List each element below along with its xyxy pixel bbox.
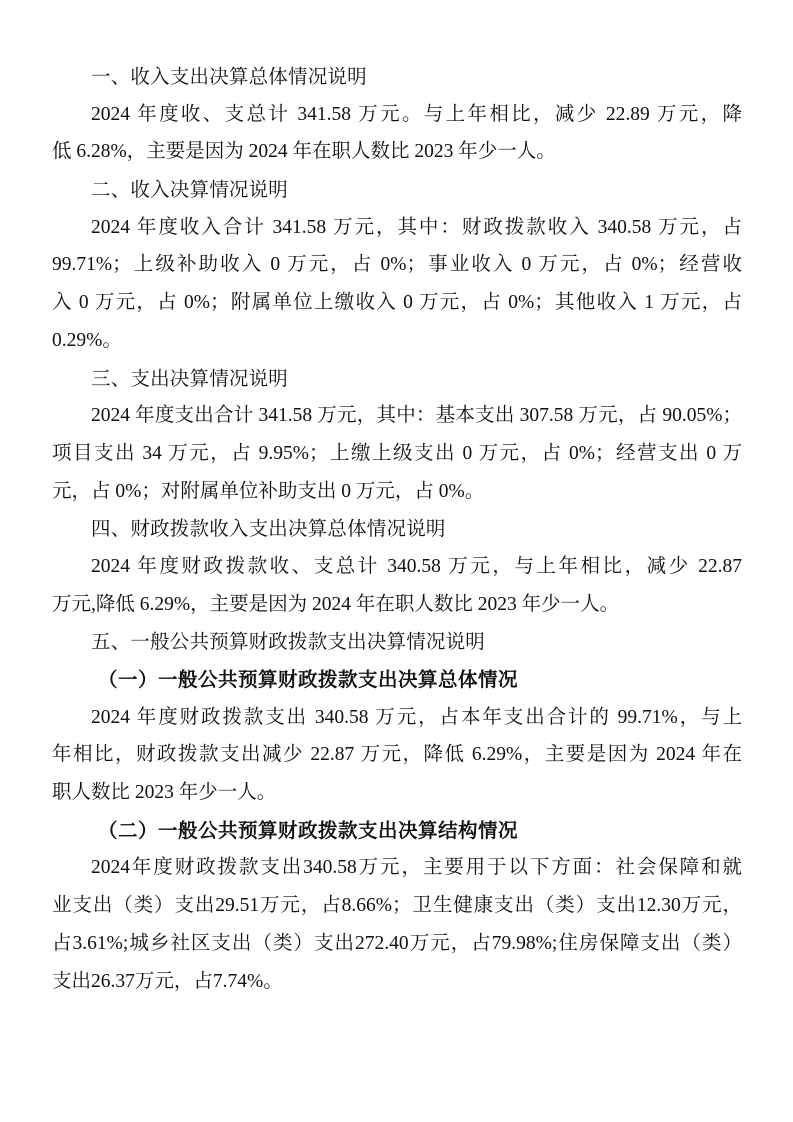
section-heading-4: 四、财政拨款收入支出决算总体情况说明 [52,510,742,548]
paragraph-line: 低 6.28%，主要是因为 2024 年在职人数比 2023 年少一人。 [52,133,742,171]
paragraph-line: 0.29%。 [52,322,742,360]
subsection-5-2-paragraph: 2024年度财政拨款支出340.58万元，主要用于以下方面：社会保障和就 业支出… [52,849,742,1000]
section-heading-2: 二、收入决算情况说明 [52,171,742,209]
paragraph-line: 99.71%；上级补助收入 0 万元，占 0%；事业收入 0 万元，占 0%；经… [52,246,742,284]
paragraph-line: 业支出（类）支出29.51万元，占8.66%；卫生健康支出（类）支出12.30万… [52,887,742,925]
section-heading-5: 五、一般公共预算财政拨款支出决算情况说明 [52,623,742,661]
paragraph-line: 元，占 0%；对附属单位补助支出 0 万元，占 0%。 [52,473,742,511]
document-page: 一、收入支出决算总体情况说明 2024 年度收、支总计 341.58 万元。与上… [52,58,742,1000]
paragraph-line: 2024 年度收入合计 341.58 万元，其中：财政拨款收入 340.58 万… [52,209,742,247]
section-4-paragraph: 2024 年度财政拨款收、支总计 340.58 万元，与上年相比，减少 22.8… [52,548,742,623]
subsection-5-1-paragraph: 2024 年度财政拨款支出 340.58 万元，占本年支出合计的 99.71%，… [52,699,742,812]
section-2-paragraph: 2024 年度收入合计 341.58 万元，其中：财政拨款收入 340.58 万… [52,209,742,360]
paragraph-line: 2024 年度财政拨款支出 340.58 万元，占本年支出合计的 99.71%，… [52,699,742,737]
section-heading-1: 一、收入支出决算总体情况说明 [52,58,742,96]
section-heading-3: 三、支出决算情况说明 [52,360,742,398]
paragraph-line: 支出26.37万元，占7.74%。 [52,963,742,1001]
paragraph-line: 2024 年度财政拨款收、支总计 340.58 万元，与上年相比，减少 22.8… [52,548,742,586]
subsection-heading-5-1: （一）一般公共预算财政拨款支出决算总体情况 [52,661,742,699]
paragraph-line: 项目支出 34 万元，占 9.95%；上缴上级支出 0 万元，占 0%；经营支出… [52,435,742,473]
paragraph-line: 2024 年度支出合计 341.58 万元，其中：基本支出 307.58 万元，… [52,397,742,435]
paragraph-line: 占3.61%;城乡社区支出（类）支出272.40万元，占79.98%;住房保障支… [52,925,742,963]
paragraph-line: 2024年度财政拨款支出340.58万元，主要用于以下方面：社会保障和就 [52,849,742,887]
section-3-paragraph: 2024 年度支出合计 341.58 万元，其中：基本支出 307.58 万元，… [52,397,742,510]
paragraph-line: 2024 年度收、支总计 341.58 万元。与上年相比，减少 22.89 万元… [52,96,742,134]
subsection-heading-5-2: （二）一般公共预算财政拨款支出决算结构情况 [52,812,742,850]
paragraph-line: 年相比，财政拨款支出减少 22.87 万元，降低 6.29%，主要是因为 202… [52,736,742,774]
section-1-paragraph: 2024 年度收、支总计 341.58 万元。与上年相比，减少 22.89 万元… [52,96,742,171]
paragraph-line: 万元,降低 6.29%，主要是因为 2024 年在职人数比 2023 年少一人。 [52,586,742,624]
paragraph-line: 入 0 万元，占 0%；附属单位上缴收入 0 万元，占 0%；其他收入 1 万元… [52,284,742,322]
paragraph-line: 职人数比 2023 年少一人。 [52,774,742,812]
